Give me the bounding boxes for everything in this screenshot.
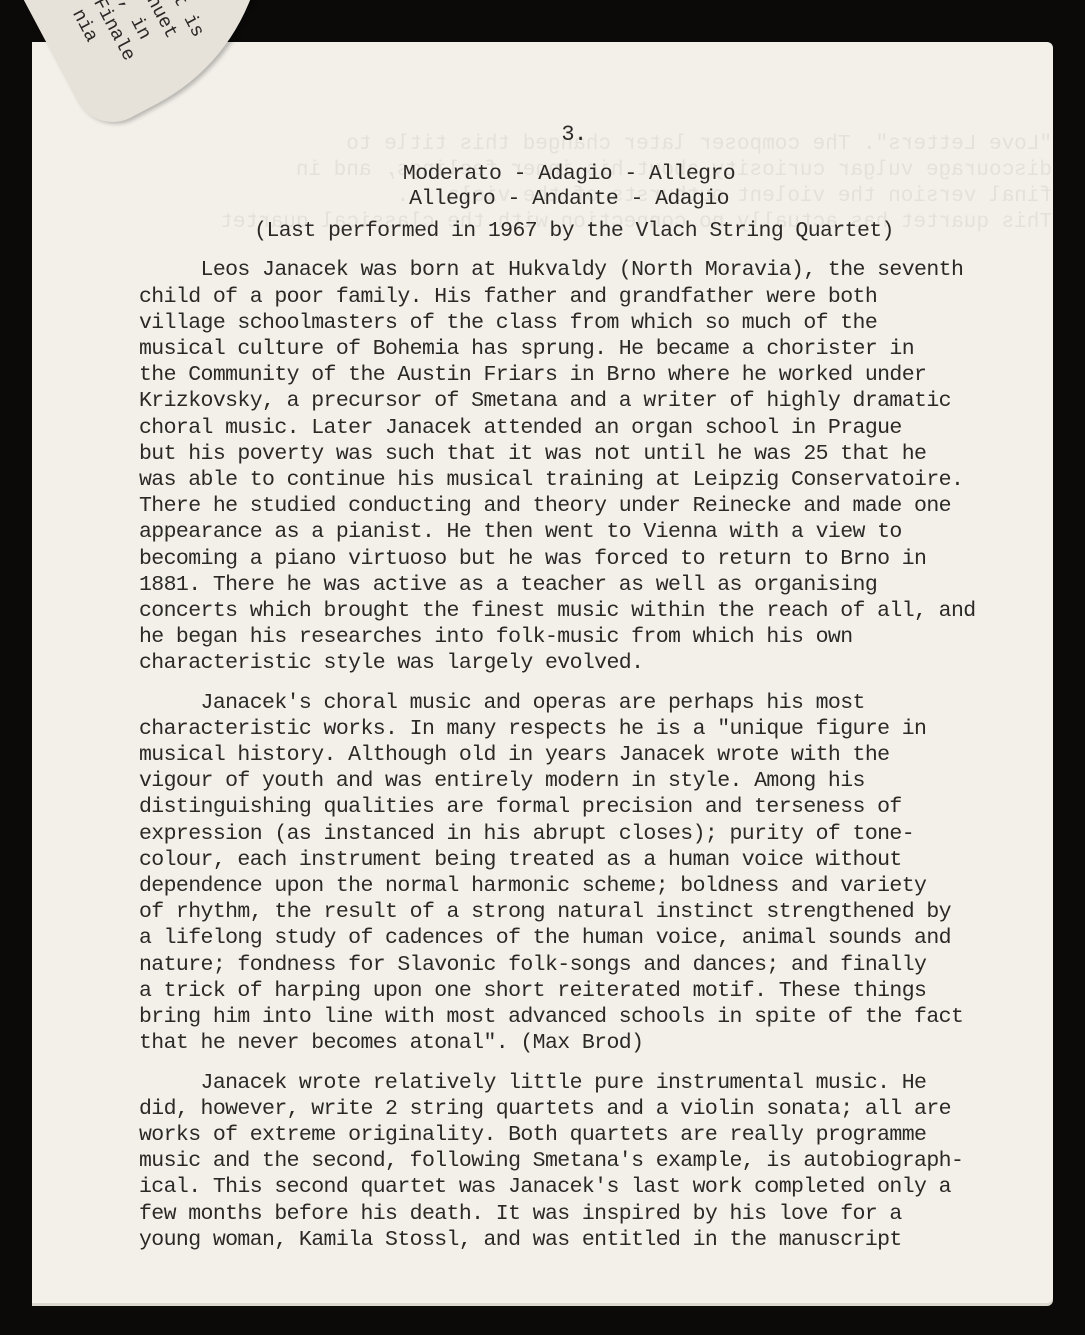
text-line: musical culture of Bohemia has sprung. H…	[139, 336, 1039, 362]
text-line: 1881. There he was active as a teacher a…	[139, 572, 1039, 598]
movement-line-2: Allegro - Andante - Adagio	[99, 187, 1039, 212]
text-line: of rhythm, the result of a strong natura…	[139, 899, 1039, 925]
text-line: a trick of harping upon one short reiter…	[139, 978, 1039, 1004]
text-line: Janacek wrote relatively little pure ins…	[139, 1070, 1039, 1096]
text-line: Janacek's choral music and operas are pe…	[139, 690, 1039, 716]
text-line: village schoolmasters of the class from …	[139, 310, 1039, 336]
text-line: characteristic works. In many respects h…	[139, 716, 1039, 742]
paragraph-biography: Leos Janacek was born at Hukvaldy (North…	[139, 257, 1039, 676]
movement-line-1: Moderato - Adagio - Allegro	[99, 162, 1039, 187]
text-line: distinguishing qualities are formal prec…	[139, 794, 1039, 820]
paragraph-choral-music: Janacek's choral music and operas are pe…	[139, 690, 1039, 1057]
typewritten-text: 3. Moderato - Adagio - Allegro Allegro -…	[139, 122, 1039, 1253]
curled-page-text: e it isMinueto, inFinalenia	[66, 0, 209, 87]
text-line: vigour of youth and was entirely modern …	[139, 768, 1039, 794]
text-line: ical. This second quartet was Janacek's …	[139, 1174, 1039, 1200]
text-line: did, however, write 2 string quartets an…	[139, 1096, 1039, 1122]
text-line: he began his researches into folk-music …	[139, 624, 1039, 650]
text-line: Leos Janacek was born at Hukvaldy (North…	[139, 257, 1039, 283]
text-line: nature; fondness for Slavonic folk-songs…	[139, 952, 1039, 978]
text-line: that he never becomes atonal". (Max Brod…	[139, 1030, 1039, 1056]
text-line: child of a poor family. His father and g…	[139, 284, 1039, 310]
performance-note: (Last performed in 1967 by the Vlach Str…	[109, 218, 1039, 244]
text-line: There he studied conducting and theory u…	[139, 493, 1039, 519]
text-line: characteristic style was largely evolved…	[139, 650, 1039, 676]
text-line: Krizkovsky, a precursor of Smetana and a…	[139, 388, 1039, 414]
text-line: becoming a piano virtuoso but he was for…	[139, 546, 1039, 572]
text-line: appearance as a pianist. He then went to…	[139, 519, 1039, 545]
text-line: was able to continue his musical trainin…	[139, 467, 1039, 493]
text-line: choral music. Later Janacek attended an …	[139, 415, 1039, 441]
text-line: the Community of the Austin Friars in Br…	[139, 362, 1039, 388]
text-line: but his poverty was such that it was not…	[139, 441, 1039, 467]
text-line: few months before his death. It was insp…	[139, 1201, 1039, 1227]
page-number: 3.	[109, 122, 1039, 148]
text-line: colour, each instrument being treated as…	[139, 847, 1039, 873]
text-line: music and the second, following Smetana'…	[139, 1148, 1039, 1174]
text-line: concerts which brought the finest music …	[139, 598, 1039, 624]
text-line: bring him into line with most advanced s…	[139, 1004, 1039, 1030]
text-line: young woman, Kamila Stossl, and was enti…	[139, 1227, 1039, 1253]
text-line: a lifelong study of cadences of the huma…	[139, 925, 1039, 951]
text-line: works of extreme originality. Both quart…	[139, 1122, 1039, 1148]
text-line: musical history. Although old in years J…	[139, 742, 1039, 768]
text-line: dependence upon the normal harmonic sche…	[139, 873, 1039, 899]
paragraph-instrumental-music: Janacek wrote relatively little pure ins…	[139, 1070, 1039, 1253]
text-line: expression (as instanced in his abrupt c…	[139, 821, 1039, 847]
document-page: "Love Letters". The composer later chang…	[32, 42, 1053, 1303]
